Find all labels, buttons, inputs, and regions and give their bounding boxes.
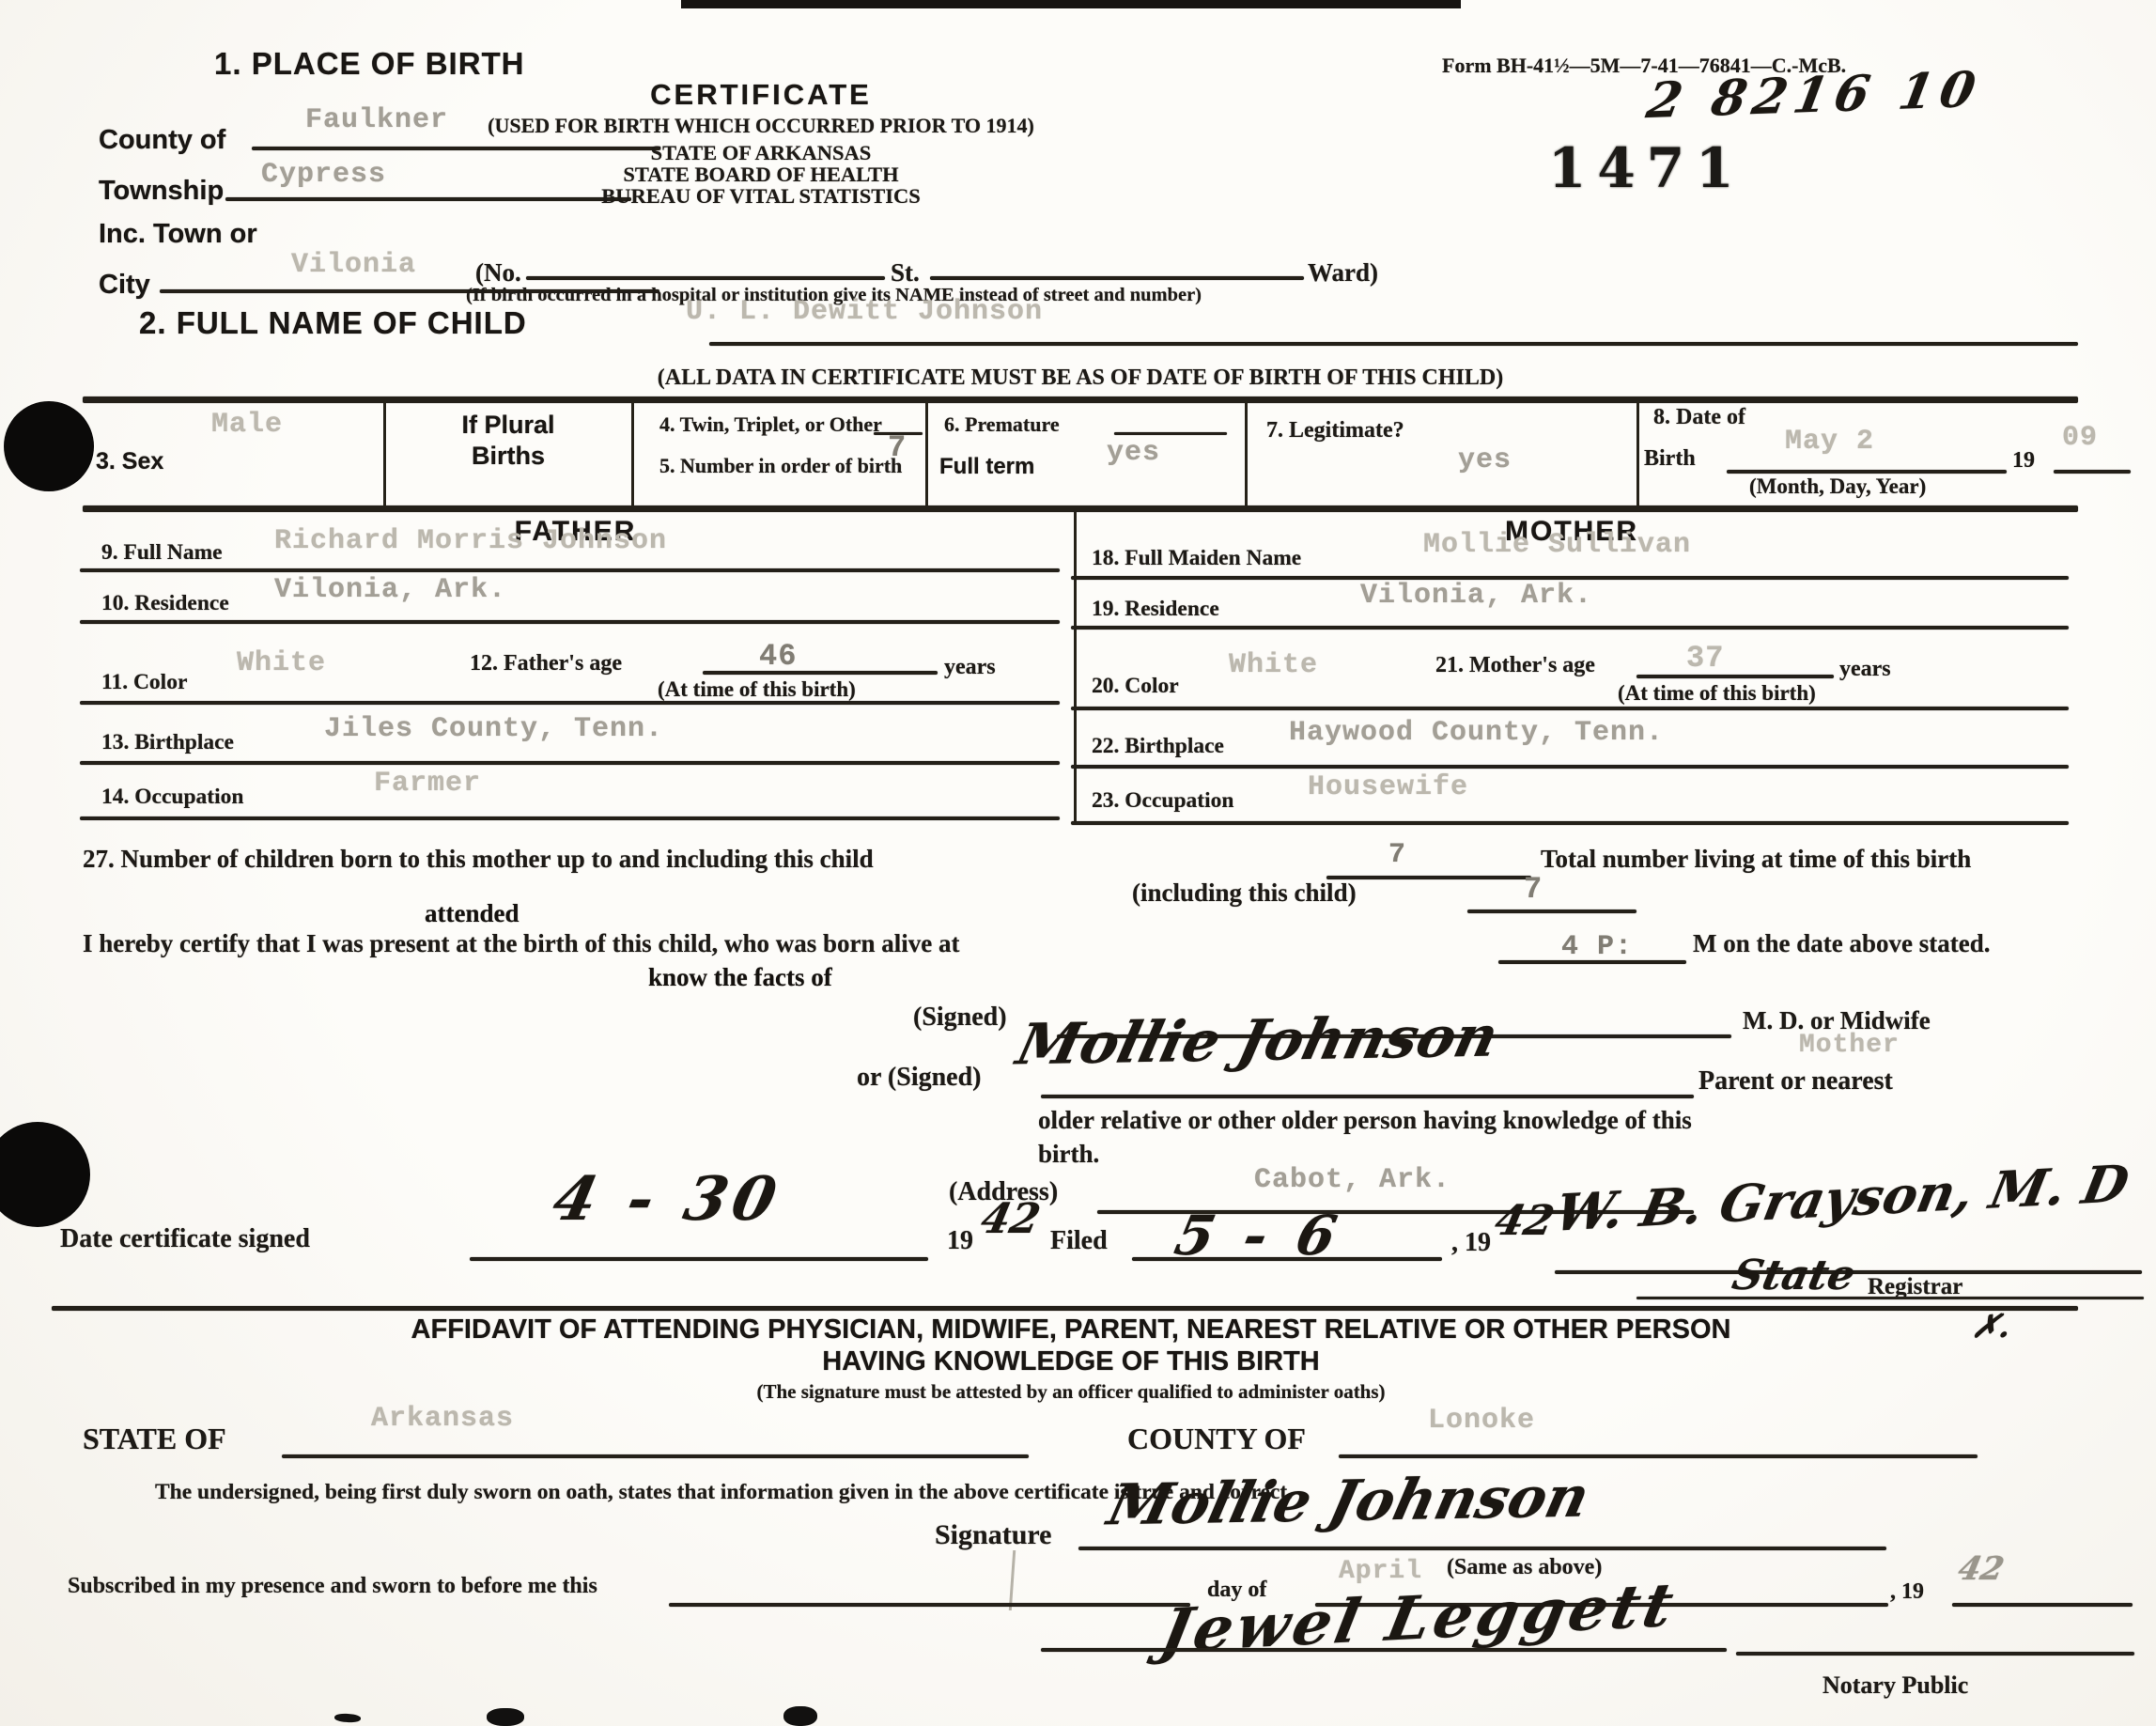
- birth-time-value: 4 P:: [1561, 932, 1633, 962]
- affidavit-county-underline: [1339, 1454, 1978, 1458]
- mother-age-underline: [1636, 675, 1834, 678]
- birth-date-value: May 2: [1785, 427, 1874, 457]
- certify-statement-suffix: M on the date above stated.: [1693, 930, 1990, 957]
- father-occupation-underline: [80, 816, 1060, 820]
- subscribed-text: Subscribed in my presence and sworn to b…: [68, 1575, 597, 1599]
- affidavit-state-value: Arkansas: [371, 1404, 514, 1434]
- mother-age-note: (At time of this birth): [1618, 682, 1816, 706]
- inc-town-label: Inc. Town or: [99, 220, 257, 249]
- table-divider: [1636, 400, 1639, 506]
- ink-smudge: [783, 1706, 817, 1726]
- sworn-month-value: April: [1339, 1558, 1422, 1586]
- mother-name-value: Mollie Sullivan: [1423, 530, 1691, 560]
- affidavit-state-underline: [282, 1454, 1029, 1458]
- stray-pen-mark: [1009, 1550, 1016, 1610]
- table-divider: [1245, 400, 1248, 506]
- ink-smudge: [334, 1713, 361, 1722]
- table-divider: [383, 400, 386, 506]
- father-occupation-label: 14. Occupation: [101, 785, 243, 809]
- know-facts-insert: know the facts of: [648, 964, 832, 991]
- certificate-subtitle: (USED FOR BIRTH WHICH OCCURRED PRIOR TO …: [404, 115, 1118, 137]
- mother-age-units: years: [1839, 658, 1891, 682]
- county-label: County of: [99, 126, 225, 155]
- children-count-value: 7: [1388, 840, 1406, 870]
- hole-punch-bottom: [0, 1122, 90, 1227]
- father-occupation-value: Farmer: [374, 769, 481, 799]
- table-border-bottom: [83, 505, 2078, 512]
- notary-underline-2: [1736, 1652, 2134, 1656]
- filed-underline: [1132, 1257, 1442, 1261]
- mother-residence-underline: [1071, 626, 2069, 630]
- father-color-label: 11. Color: [101, 671, 187, 694]
- father-residence-underline: [80, 620, 1060, 624]
- mother-color-label: 20. Color: [1092, 675, 1179, 698]
- affidavit-signature-label: Signature: [935, 1520, 1051, 1550]
- father-age-note: (At time of this birth): [658, 678, 856, 702]
- birth-year-value: 09: [2062, 423, 2098, 453]
- including-child-label: (including this child): [1132, 879, 1357, 907]
- parent-relation-label-2: older relative or other older person hav…: [1038, 1107, 1692, 1134]
- parent-relation-label-1: Parent or nearest: [1698, 1067, 1893, 1096]
- handwritten-serial: 2 8216 10: [1643, 64, 1986, 128]
- birth-time-underline: [1498, 960, 1686, 964]
- mother-birthplace-underline: [1071, 765, 2069, 769]
- affidavit-header: AFFIDAVIT OF ATTENDING PHYSICIAN, MIDWIF…: [66, 1314, 2076, 1403]
- st-underline: [930, 276, 1304, 280]
- father-residence-label: 10. Residence: [101, 592, 229, 615]
- mother-occupation-label: 23. Occupation: [1092, 789, 1233, 813]
- legitimate-value: yes: [1458, 445, 1512, 475]
- affidavit-signature-underline: [1078, 1547, 1886, 1550]
- premature-underline: [1114, 432, 1227, 435]
- father-age-units: years: [944, 656, 996, 680]
- children-living-value: 7: [1524, 874, 1543, 907]
- scan-edge-top: [681, 0, 1461, 8]
- sex-value: Male: [211, 410, 283, 440]
- registrar-underline-2: [1636, 1297, 2144, 1299]
- father-birthplace-value: Jiles County, Tenn.: [324, 714, 663, 744]
- parent-columns-divider: [1074, 512, 1077, 824]
- org-line-3: BUREAU OF VITAL STATISTICS: [404, 185, 1118, 207]
- mother-occupation-value: Housewife: [1308, 772, 1468, 802]
- org-line-1: STATE OF ARKANSAS: [404, 142, 1118, 163]
- table-divider: [925, 400, 928, 506]
- date-signed-underline: [470, 1257, 928, 1261]
- sex-label: 3. Sex: [96, 449, 163, 474]
- child-name-underline: [709, 342, 2078, 346]
- order-value: 7: [888, 432, 907, 465]
- mother-age-label: 21. Mother's age: [1435, 654, 1595, 678]
- affidavit-signature: Mollie Johnson: [1102, 1468, 1594, 1537]
- affidavit-title-line-2: HAVING KNOWLEDGE OF THIS BIRTH: [66, 1345, 2076, 1377]
- ward-label: Ward): [1308, 259, 1378, 287]
- filing-year1-prefix: 19: [947, 1227, 973, 1255]
- father-birthplace-underline: [80, 761, 1060, 765]
- mother-age-value: 37: [1686, 643, 1724, 676]
- hole-punch-top: [4, 401, 94, 491]
- premature-label: 6. Premature: [944, 413, 1060, 436]
- affidavit-county-value: Lonoke: [1428, 1406, 1535, 1436]
- month-day-year-note: (Month, Day, Year): [1749, 475, 1926, 499]
- twin-label: 4. Twin, Triplet, or Other: [659, 413, 882, 436]
- filed-label: Filed: [1050, 1227, 1108, 1255]
- sworn-year-prefix: , 19: [1890, 1580, 1924, 1605]
- subscribed-day-underline: [669, 1603, 1190, 1607]
- children-count-label: 27. Number of children born to this moth…: [83, 846, 874, 873]
- table-border-top: [83, 397, 2078, 403]
- father-color-underline: [80, 701, 1060, 705]
- children-living-underline: [1467, 910, 1636, 913]
- state-handwritten: State: [1729, 1253, 1859, 1298]
- year-prefix: 19: [2012, 449, 2035, 474]
- attended-insert: attended: [425, 900, 520, 927]
- child-name-label: 2. FULL NAME OF CHILD: [139, 306, 527, 340]
- date-of-label: 8. Date of: [1653, 406, 1745, 430]
- all-data-note: (ALL DATA IN CERTIFICATE MUST BE AS OF D…: [376, 366, 1785, 391]
- father-name-value: Richard Morris Johnson: [274, 526, 667, 556]
- birth-date-underline: [1727, 470, 2007, 474]
- mother-birthplace-label: 22. Birthplace: [1092, 735, 1224, 758]
- birth-label: Birth: [1644, 447, 1696, 472]
- or-signed-label: or (Signed): [857, 1064, 982, 1092]
- township-value: Cypress: [261, 160, 386, 190]
- sworn-year-value: 42: [1955, 1552, 2007, 1587]
- city-label: City: [99, 271, 150, 300]
- birth-certificate-scan: 1. PLACE OF BIRTH County of Faulkner Tow…: [0, 0, 2156, 1726]
- father-age-value: 46: [759, 641, 797, 674]
- filing-year2-prefix: , 19: [1451, 1229, 1491, 1257]
- township-label: Township: [99, 177, 224, 206]
- father-color-value: White: [237, 648, 326, 678]
- father-age-label: 12. Father's age: [470, 652, 622, 676]
- no-label: (No.: [475, 259, 521, 287]
- child-name-value: U. L. Dewitt Johnson: [686, 297, 1043, 327]
- filing-year1-value: 42: [977, 1197, 1044, 1242]
- fullterm-label: Full term: [939, 455, 1034, 479]
- mother-occupation-underline: [1071, 821, 2069, 825]
- date-signed-label: Date certificate signed: [60, 1225, 310, 1253]
- parent-relation-label-3: birth.: [1038, 1141, 1099, 1168]
- affidavit-title-mark: ✗.: [1969, 1310, 2014, 1345]
- signed-label: (Signed): [913, 1003, 1007, 1032]
- certificate-header: CERTIFICATE (USED FOR BIRTH WHICH OCCURR…: [404, 79, 1118, 207]
- mother-residence-value: Vilonia, Ark.: [1360, 581, 1592, 611]
- certificate-stamp-number: 1471: [1548, 139, 1745, 198]
- fullterm-value: yes: [1107, 438, 1160, 468]
- plural-births-label-2: Births: [387, 441, 629, 472]
- affidavit-divider: [52, 1306, 2078, 1311]
- plural-births-cell: If Plural Births: [387, 410, 629, 472]
- father-age-underline: [703, 671, 938, 675]
- notary-public-label: Notary Public: [1823, 1672, 1968, 1699]
- table-divider: [631, 400, 634, 506]
- father-name-underline: [80, 568, 1060, 572]
- sworn-year-underline: [1952, 1603, 2133, 1607]
- legitimate-label: 7. Legitimate?: [1266, 419, 1404, 443]
- address-value: Cabot, Ark.: [1254, 1165, 1450, 1195]
- registrar-label: Registrar: [1868, 1274, 1962, 1299]
- ink-smudge: [487, 1708, 524, 1726]
- notary-underline-1: [1041, 1648, 1727, 1652]
- certificate-title: CERTIFICATE: [404, 79, 1118, 110]
- plural-births-label-1: If Plural: [387, 410, 629, 441]
- date-signed-value: 4 - 30: [548, 1167, 787, 1232]
- father-residence-value: Vilonia, Ark.: [274, 575, 506, 605]
- or-signed-underline: [1041, 1095, 1694, 1098]
- affidavit-title-line-1: AFFIDAVIT OF ATTENDING PHYSICIAN, MIDWIF…: [66, 1314, 2076, 1345]
- father-birthplace-label: 13. Birthplace: [101, 731, 234, 754]
- children-count-underline: [1326, 876, 1531, 879]
- mother-birthplace-value: Haywood County, Tenn.: [1289, 718, 1664, 748]
- no-underline: [526, 276, 885, 280]
- affidavit-state-label: STATE OF: [83, 1423, 226, 1455]
- certify-statement-prefix: I hereby certify that I was present at t…: [83, 930, 959, 957]
- mother-color-underline: [1071, 707, 2069, 710]
- mother-residence-label: 19. Residence: [1092, 598, 1219, 621]
- st-label: St.: [891, 259, 920, 287]
- children-living-label: Total number living at time of this birt…: [1541, 846, 1971, 873]
- father-name-label: 9. Full Name: [101, 541, 223, 565]
- org-line-2: STATE BOARD OF HEALTH: [404, 163, 1118, 185]
- mother-color-value: White: [1229, 650, 1318, 680]
- filing-year2-value: 42: [1491, 1199, 1558, 1244]
- parent-signature: Mollie Johnson: [1011, 1007, 1503, 1077]
- city-value: Vilonia: [291, 250, 416, 280]
- mother-name-label: 18. Full Maiden Name: [1092, 547, 1301, 570]
- birth-year-underline: [2054, 470, 2131, 474]
- order-label: 5. Number in order of birth: [659, 455, 902, 477]
- affidavit-attest-note: (The signature must be attested by an of…: [66, 1381, 2076, 1403]
- affidavit-county-label: COUNTY OF: [1127, 1423, 1306, 1455]
- registrar-signature: W. B. Grayson, M. D: [1551, 1156, 2133, 1240]
- place-of-birth-title: 1. PLACE OF BIRTH: [214, 47, 525, 81]
- relation-typed-value: Mother: [1799, 1032, 1900, 1060]
